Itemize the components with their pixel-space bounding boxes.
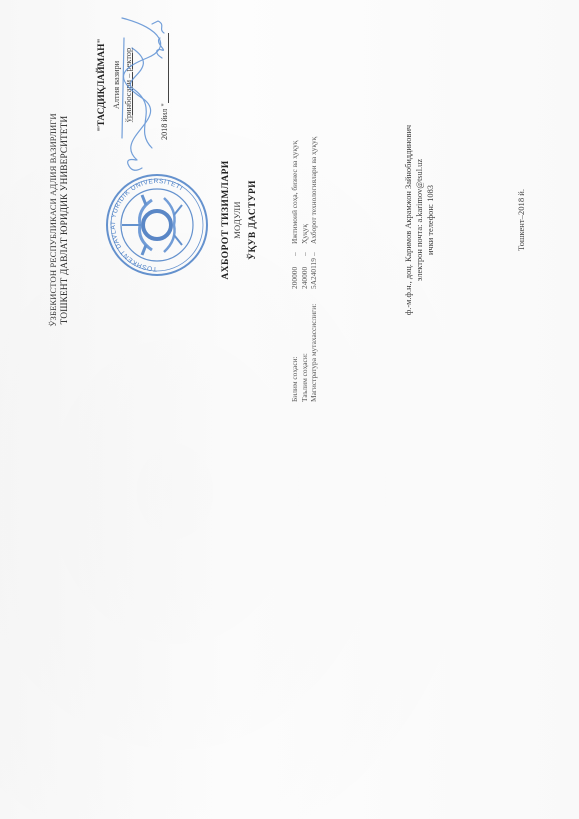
module-title: АХБОРОТ ТИЗИМЛАРИ [220, 10, 231, 430]
ministry-name: ЎЗБЕКИСТОН РЕСПУБЛИКАСИ АДЛИЯ ВАЗИРЛИГИ [48, 10, 58, 430]
city-year: Тошкент–2018 й. [516, 10, 526, 430]
university-seal-stamp: TOSHKENT DAVLAT YURIDIK UNIVERSITETI [102, 170, 212, 280]
module-subtitle: МОДУЛИ [233, 10, 242, 430]
signature-icon [102, 8, 182, 178]
author-phone: ички телефон: 1083 [426, 10, 435, 430]
curriculum-title: ЎҚУВ ДАСТУРИ [248, 10, 258, 430]
author-name: ф.-м.ф.н., доц. Каримов Акрамжон Зайноби… [404, 10, 413, 430]
rotated-document: ЎЗБЕКИСТОН РЕСПУБЛИКАСИ АДЛИЯ ВАЗИРЛИГИ … [42, 10, 542, 430]
author-email: электрон почта: a.karimov@tsul.uz [415, 10, 424, 430]
university-name: ТОШКЕНТ ДАВЛАТ ЮРИДИК УНИВЕРСИТЕТИ [59, 10, 69, 430]
